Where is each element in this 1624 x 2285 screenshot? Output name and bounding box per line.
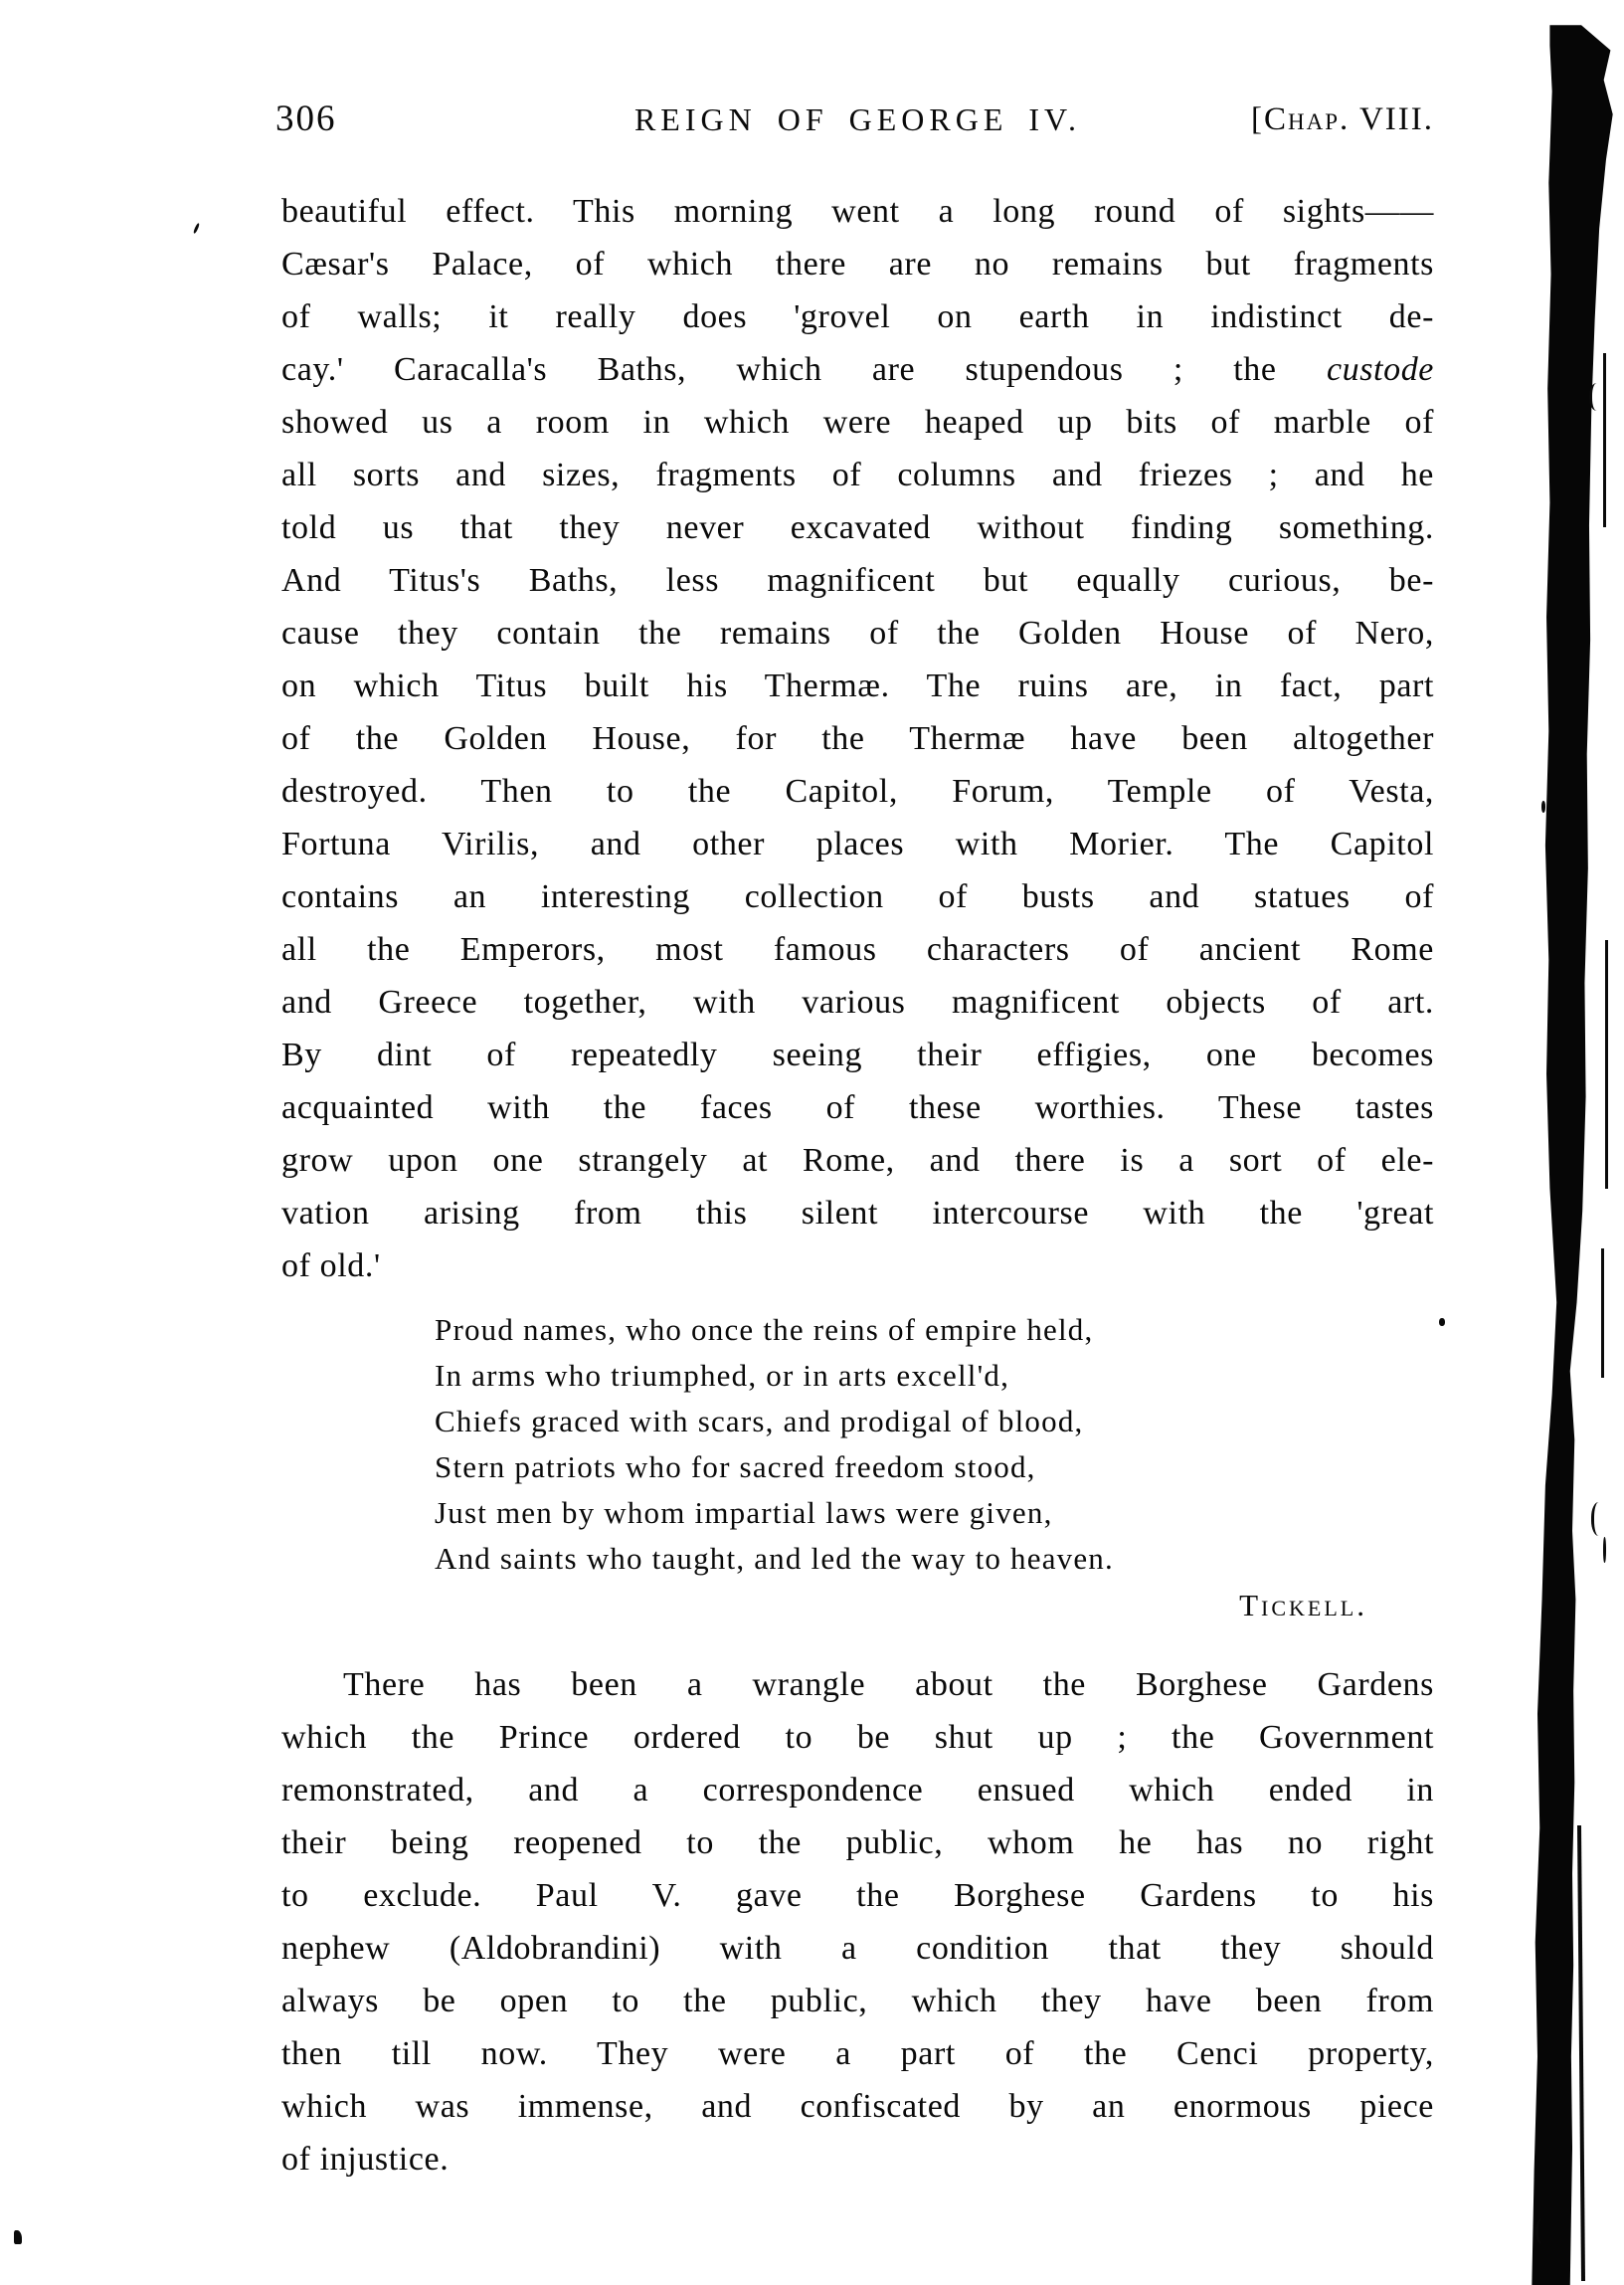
text-line: which was immense, and confiscated by an…: [281, 2080, 1434, 2133]
text-line: There has been a wrangle about the Borgh…: [281, 1658, 1434, 1711]
text-line: grow upon one strangely at Rome, and the…: [281, 1134, 1434, 1187]
text-line: told us that they never excavated withou…: [281, 501, 1434, 554]
text-line: and Greece together, with various magnif…: [281, 976, 1434, 1029]
text-line: of old.': [281, 1239, 1434, 1292]
verse-attribution: Tickell.: [281, 1588, 1434, 1633]
text-line: of walls; it really does 'grovel on eart…: [281, 290, 1434, 343]
text-line: By dint of repeatedly seeing their effig…: [281, 1029, 1434, 1081]
text-line: of the Golden House, for the Thermæ have…: [281, 712, 1434, 765]
scan-line-artifact: [1577, 1825, 1585, 2281]
text-line: And Titus's Baths, less magnificent but …: [281, 554, 1434, 607]
text-line: remonstrated, and a correspondence ensue…: [281, 1764, 1434, 1816]
running-header: 306 REIGN OF GEORGE IV. [Chap. VIII.: [281, 95, 1434, 145]
text-line: cause they contain the remains of the Go…: [281, 607, 1434, 660]
text-line: all the Emperors, most famous characters…: [281, 923, 1434, 976]
chapter-label: [Chap. VIII.: [1251, 101, 1434, 138]
text-line: which the Prince ordered to be shut up ;…: [281, 1711, 1434, 1764]
paragraph-diary-rome: beautiful effect. This morning went a lo…: [281, 185, 1434, 1292]
scan-speck: [1439, 1318, 1445, 1326]
text-line: cay.' Caracalla's Baths, which are stupe…: [281, 343, 1434, 396]
verse-quotation: Proud names, who once the reins of empir…: [435, 1307, 1330, 1582]
scan-speck: [193, 223, 200, 234]
text-line: always be open to the public, which they…: [281, 1975, 1434, 2027]
scan-line-artifact: [1605, 940, 1608, 1189]
text-line: to exclude. Paul V. gave the Borghese Ga…: [281, 1869, 1434, 1922]
text-line: Cæsar's Palace, of which there are no re…: [281, 238, 1434, 290]
text-line: then till now. They were a part of the C…: [281, 2027, 1434, 2080]
text-line: contains an interesting collection of bu…: [281, 870, 1434, 923]
text-line: destroyed. Then to the Capitol, Forum, T…: [281, 765, 1434, 818]
text-line: Chiefs graced with scars, and prodigal o…: [435, 1399, 1330, 1444]
text-line: their being reopened to the public, whom…: [281, 1816, 1434, 1869]
text-line: Stern patriots who for sacred freedom st…: [435, 1444, 1330, 1490]
text-line: showed us a room in which were heaped up…: [281, 396, 1434, 449]
scan-line-artifact: [1603, 353, 1606, 527]
book-page-scan: 306 REIGN OF GEORGE IV. [Chap. VIII. bea…: [0, 0, 1624, 2285]
scan-speck: [14, 2230, 22, 2244]
text-line: of injustice.: [281, 2133, 1434, 2186]
text-line: vation arising from this silent intercou…: [281, 1187, 1434, 1239]
paragraph-borghese-gardens: There has been a wrangle about the Borgh…: [281, 1658, 1434, 2186]
scan-line-artifact: [1601, 1248, 1604, 1378]
text-line: all sorts and sizes, fragments of column…: [281, 449, 1434, 501]
scan-mark-artifact: [1535, 2218, 1550, 2244]
scan-speck: [1603, 1537, 1606, 1563]
scan-mark-artifact: [1589, 383, 1604, 411]
text-line: And saints who taught, and led the way t…: [435, 1536, 1330, 1582]
text-line: Just men by whom impartial laws were giv…: [435, 1490, 1330, 1536]
text-line: Proud names, who once the reins of empir…: [435, 1307, 1330, 1353]
text-line: nephew (Aldobrandini) with a condition t…: [281, 1922, 1434, 1975]
scan-speck: [1541, 801, 1545, 813]
text-line: acquainted with the faces of these worth…: [281, 1081, 1434, 1134]
text-line: on which Titus built his Thermæ. The rui…: [281, 660, 1434, 712]
text-line: In arms who triumphed, or in arts excell…: [435, 1353, 1330, 1399]
text-line: Fortuna Virilis, and other places with M…: [281, 818, 1434, 870]
scan-mark-artifact: [1591, 1502, 1606, 1536]
text-line: beautiful effect. This morning went a lo…: [281, 185, 1434, 238]
